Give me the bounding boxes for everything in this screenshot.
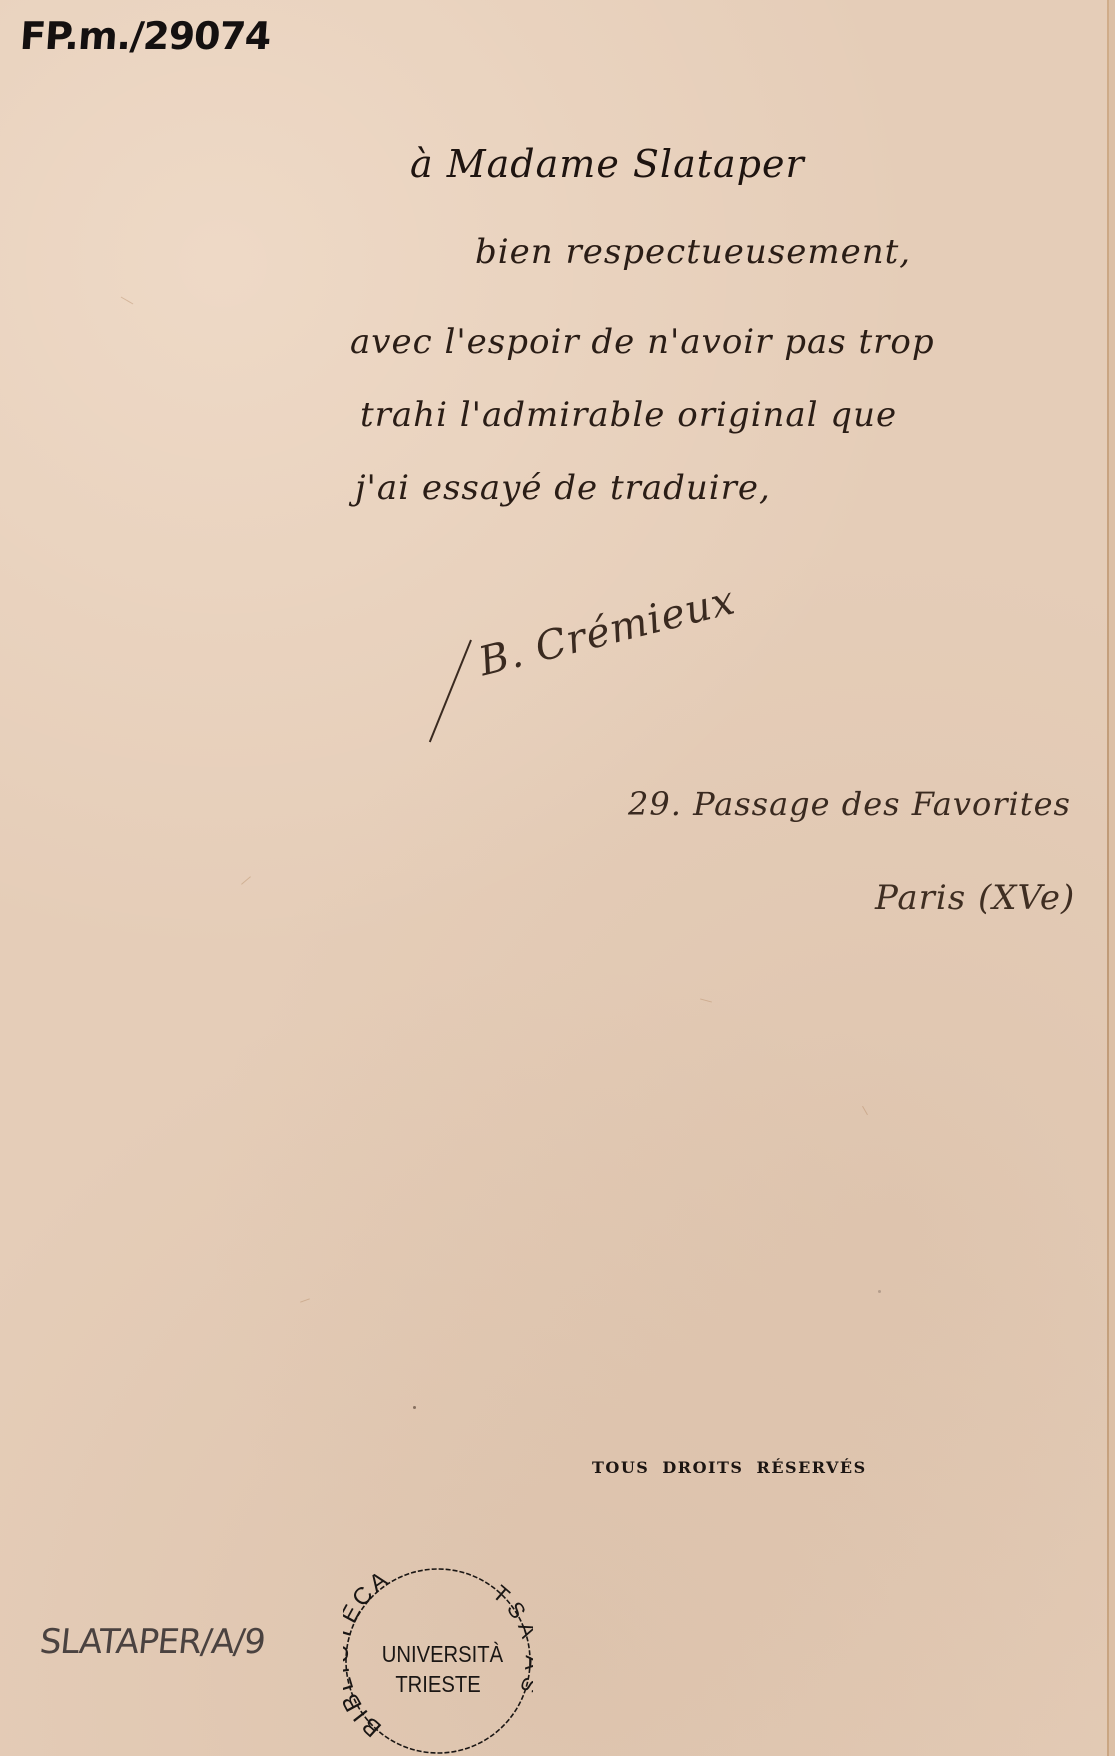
dedication-line-3: avec l'espoir de n'avoir pas trop (350, 322, 935, 362)
stamp-center-line-1: UNIVERSITÀ (382, 1641, 504, 1668)
dedication-line-5: j'ai essayé de traduire, (355, 468, 771, 508)
stamp-center-line-2: TRIESTE (395, 1671, 480, 1698)
address-line: 29. Passage des Favorites (628, 785, 1071, 823)
paper-fiber (300, 1298, 310, 1302)
page-edge-shadow (1109, 0, 1115, 1756)
ink-speck (413, 1406, 416, 1409)
dedication-line-4: trahi l'admirable original que (360, 395, 897, 435)
signature: B. Crémieux (474, 577, 739, 685)
city-line: Paris (XVe) (875, 878, 1075, 918)
shelfmark: FP.m./29074 (18, 14, 271, 58)
rights-notice: TOUS DROITS RÉSERVÉS (592, 1458, 867, 1477)
dedication-line-1: à Madame Slataper (410, 142, 805, 186)
signature-flourish (429, 640, 472, 743)
paper-fiber (241, 876, 251, 884)
dedication-line-2: bien respectueusement, (475, 232, 911, 272)
stamp-icon: BIBLIOTECA TSA AS UNIVERSITÀ TRIESTE (343, 1566, 533, 1756)
library-stamp: BIBLIOTECA TSA AS UNIVERSITÀ TRIESTE (343, 1566, 533, 1756)
page-edge (1107, 0, 1109, 1756)
ink-speck (878, 1290, 881, 1293)
paper-fiber (121, 297, 134, 305)
paper-fiber (700, 998, 712, 1002)
pencil-call-number: SLATAPER/A/9 (38, 1622, 267, 1662)
paper-fiber (862, 1106, 868, 1115)
